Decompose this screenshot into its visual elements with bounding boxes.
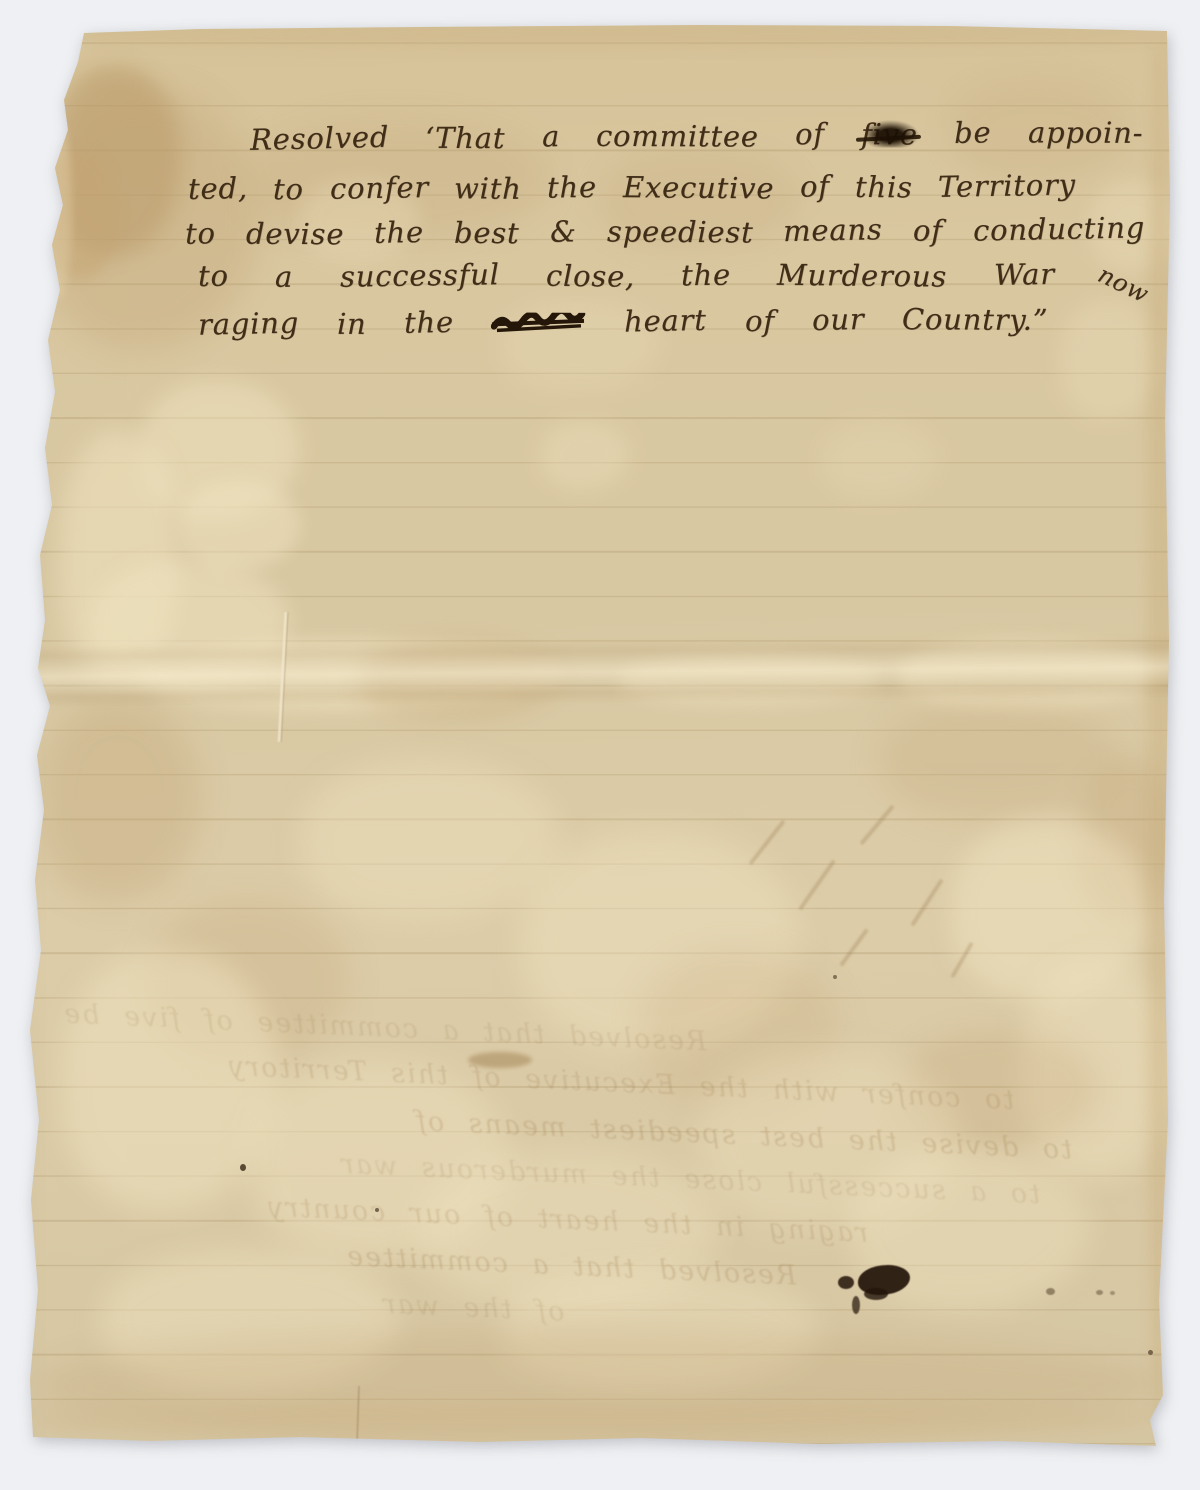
edge-vignette xyxy=(0,0,1200,1490)
paper-sheet: Resolved that a committee of five beto c… xyxy=(0,0,1200,1490)
manuscript-paper: Resolved that a committee of five beto c… xyxy=(0,0,1200,1490)
